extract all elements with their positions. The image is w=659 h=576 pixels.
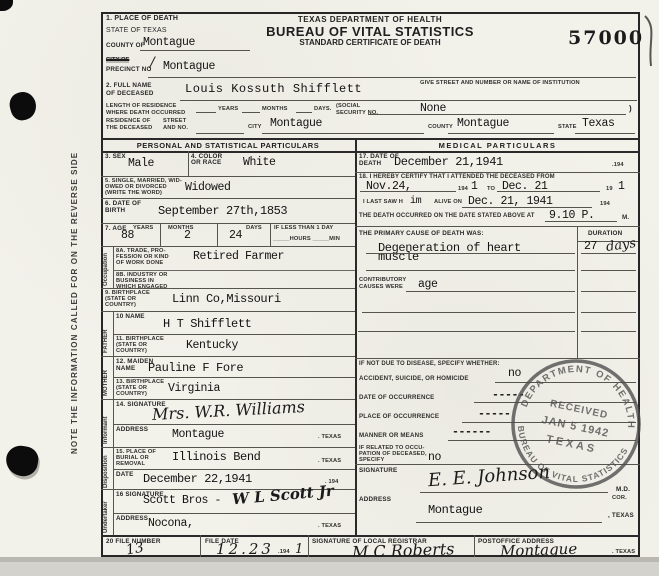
undertaker-addr-label: ADDRESS: [116, 515, 148, 522]
length-residence-label-1: LENGTH OF RESIDENCE: [106, 103, 176, 109]
related-value: no: [428, 451, 441, 464]
mother-bp-value: Virginia: [168, 382, 220, 395]
county-value: Montague: [143, 36, 195, 49]
sex-value: Male: [128, 157, 154, 170]
city-label: CITY: [248, 124, 262, 130]
attended-from-year: 1: [471, 180, 478, 193]
burial-label-3: REMOVAL: [116, 461, 145, 467]
manner-label: MANNER OR MEANS: [359, 432, 423, 439]
maiden-value: Pauline F Fore: [148, 361, 243, 375]
undertaker-side-label: Undertaker: [103, 493, 109, 533]
postoffice-state: . TEXAS: [612, 549, 635, 555]
street-label-1: STREET: [163, 118, 186, 124]
reverse-side-note: NOTE THE INFORMATION CALLED FOR ON THE R…: [70, 138, 79, 468]
stamp-arc-top: DEPARTMENT OF HEALTH: [519, 353, 647, 432]
full-name-label-1: 2. FULL NAME: [106, 82, 152, 89]
birthplace-value: Linn Co,Missouri: [172, 292, 281, 306]
undertaker-addr-state: . TEXAS: [318, 523, 341, 529]
rule: [101, 356, 355, 357]
attended-to-year: 1: [618, 180, 625, 193]
place-of-death-label: 1. PLACE OF DEATH: [106, 15, 178, 22]
full-name-label-2: OF DECEASED: [106, 90, 154, 97]
primary-cause-label: THE PRIMARY CAUSE OF DEATH WAS:: [359, 230, 484, 237]
file-date-year: 1: [295, 542, 303, 557]
rule: [101, 447, 355, 448]
residence-label-2: THE DECEASED: [106, 125, 152, 131]
rule: [196, 112, 216, 113]
city-value: Montague: [270, 117, 322, 130]
received-stamp: DEPARTMENT OF HEALTH BUREAU OF VITAL STA…: [488, 336, 659, 512]
social-label-2: SECURITY NO.: [336, 110, 378, 116]
age-days-value: 24: [229, 229, 242, 242]
rule: [140, 50, 250, 51]
last-saw-him: im: [410, 196, 421, 207]
duration-divider: [577, 226, 578, 358]
rule: [406, 291, 575, 292]
close-paren: ): [629, 104, 632, 113]
last-saw-label-2: ALIVE ON: [434, 199, 462, 205]
father-name-value: H T Shifflett: [163, 317, 251, 331]
masthead-bureau: BUREAU OF VITAL STATISTICS: [230, 24, 510, 39]
rule: [581, 270, 636, 271]
rule: [581, 331, 636, 332]
rule: [462, 207, 592, 208]
maiden-label-2: NAME: [116, 365, 135, 372]
age-less-label: IF LESS THAN 1 DAY: [274, 225, 333, 231]
rule: [242, 112, 260, 113]
rule: [545, 221, 617, 222]
dob-value: September 27th,1853: [158, 204, 287, 218]
last-saw-label-1: I LAST SAW H: [363, 199, 403, 205]
duration-value: 27: [584, 240, 597, 253]
mother-side-label: MOTHER: [103, 360, 109, 396]
informant-addr-state: . TEXAS: [318, 434, 341, 440]
rule: [113, 377, 355, 378]
rule: [448, 133, 554, 134]
rule: [262, 133, 424, 134]
personal-section-title: PERSONAL AND STATISTICAL PARTICULARS: [101, 141, 355, 150]
medical-section-title: MEDICAL PARTICULARS: [355, 141, 640, 150]
occupation-side-label: Occupation: [103, 250, 109, 286]
street-note: GIVE STREET AND NUMBER OR NAME OF INSTIT…: [420, 80, 580, 86]
rule: [101, 246, 355, 247]
physician-sig-label: SIGNATURE: [359, 467, 397, 474]
dob-label-1: 6. DATE OF: [105, 200, 141, 207]
rule: [296, 112, 312, 113]
file-date-year-pre: .194: [278, 549, 290, 555]
undertaker-addr-value: Nocona,: [148, 517, 194, 530]
rule: [101, 399, 355, 400]
informant-addr-value: Montague: [172, 428, 224, 441]
months-label: MONTHS: [262, 106, 288, 112]
rule: [196, 133, 244, 134]
rule: [101, 198, 355, 199]
rule: [113, 489, 114, 535]
rule: [575, 133, 635, 134]
informant-addr-label: ADDRESS: [116, 426, 148, 433]
residence-state-label: STATE: [558, 124, 577, 130]
rule: [113, 424, 355, 425]
burial-date-label: DATE: [116, 471, 133, 478]
occurred-label: THE DEATH OCCURRED ON THE DATE STATED AB…: [359, 213, 535, 219]
manner-value: ------: [452, 426, 491, 439]
masthead-standard: STANDARD CERTIFICATE OF DEATH: [250, 38, 490, 47]
rule: [358, 331, 575, 332]
to-label: TO: [487, 186, 495, 192]
rule: [160, 223, 161, 246]
street-label-2: AND NO.: [163, 125, 188, 131]
rule: [200, 535, 201, 557]
attended-to-year-pre: 19: [606, 186, 613, 192]
dod-year: .194: [612, 162, 624, 168]
rule: [360, 191, 456, 192]
social-label-1: (SOCIAL: [336, 103, 360, 109]
age-years-label: YEARS: [133, 225, 153, 231]
serial-number: 57000: [568, 27, 644, 49]
rule: [270, 223, 271, 246]
rule: [113, 246, 114, 288]
rule: [368, 114, 626, 115]
precinct-label: PRECINCT NO: [106, 66, 152, 73]
dod-label-1: 17. DATE OF: [359, 153, 399, 160]
contrib-label-2: CAUSES WERE: [359, 284, 403, 290]
rule: [355, 172, 640, 173]
county-label: COUNTY OF: [106, 42, 145, 49]
dod-label-2: DEATH: [359, 160, 381, 167]
rule: [362, 312, 575, 313]
burial-value: Illinois Bend: [172, 450, 260, 464]
place-occ-label: PLACE OF OCCURRENCE: [359, 413, 439, 420]
father-side-label: FATHER: [103, 315, 109, 353]
dod-value: December 21,1941: [394, 155, 503, 169]
burial-state: . TEXAS: [318, 458, 341, 464]
city-of-label-struck: CITY OF: [106, 57, 129, 63]
burial-date-value: December 22,1941: [143, 472, 252, 486]
contrib-label-1: CONTRIBUTORY: [359, 277, 406, 283]
svg-text:DEPARTMENT OF HEALTH: DEPARTMENT OF HEALTH: [519, 353, 647, 432]
informant-side-label: Informant: [103, 404, 109, 444]
column-divider: [355, 138, 357, 535]
rule: [366, 270, 575, 271]
father-name-label: 10 NAME: [116, 313, 145, 320]
rule: [474, 535, 475, 557]
scanned-death-certificate: NOTE THE INFORMATION CALLED FOR ON THE R…: [0, 0, 659, 576]
duration-label: DURATION: [588, 230, 622, 237]
rule: [217, 223, 218, 246]
residence-county-label: COUNTY: [428, 124, 453, 130]
physician-addr-label: ADDRESS: [359, 496, 391, 503]
rule: [113, 513, 355, 514]
age-days-label: DAYS: [246, 225, 262, 231]
race-value: White: [243, 156, 276, 169]
rule: [581, 291, 636, 292]
rule: [355, 226, 640, 227]
age-hours-min-label: _____HOURS _____MIN: [273, 236, 340, 242]
rule: [113, 447, 114, 489]
mother-bp-label-3: COUNTRY): [116, 391, 147, 397]
rule: [101, 288, 355, 289]
disposition-side-label: Disposition: [103, 450, 109, 488]
age-years-value: 88: [121, 229, 134, 242]
scan-edge-bottom: [0, 562, 659, 576]
precinct-value: Montague: [163, 60, 215, 73]
age-months-value: 2: [184, 229, 191, 242]
father-bp-value: Kentucky: [186, 339, 238, 352]
rule: [581, 253, 636, 254]
marital-label-3: (WRITE THE WORD): [105, 190, 162, 196]
attended-from-year-pre: 194: [458, 186, 468, 192]
accident-label: ACCIDENT, SUICIDE, OR HOMICIDE: [359, 375, 469, 382]
trade-value: Retired Farmer: [193, 250, 284, 263]
rule: [497, 191, 600, 192]
years-label: YEARS: [218, 106, 238, 112]
rule: [366, 253, 575, 254]
dob-label-2: BIRTH: [105, 207, 125, 214]
trade-label-3: OF WORK DONE: [116, 260, 163, 266]
precinct-slash-handwritten: /: [150, 55, 155, 71]
sex-label: 3. SEX: [105, 153, 126, 160]
full-name-value: Louis Kossuth Shifflett: [185, 82, 362, 96]
stamp-texas: TEXAS: [545, 433, 598, 455]
residence-county-value: Montague: [457, 117, 509, 130]
marital-value: Widowed: [185, 181, 231, 194]
rule: [581, 312, 636, 313]
contrib-value: age: [418, 278, 438, 291]
rule: [113, 334, 355, 335]
rule: [101, 535, 640, 537]
father-bp-label-3: COUNTRY): [116, 348, 147, 354]
days-label: DAYS.: [314, 106, 332, 112]
rule: [113, 399, 114, 447]
undertaker-typed: Scott Bros -: [143, 494, 221, 507]
length-residence-label-2: WHERE DEATH OCCURRED: [106, 110, 185, 116]
masthead-dept: TEXAS DEPARTMENT OF HEALTH: [250, 15, 490, 24]
physician-addr-value: Montague: [428, 503, 482, 517]
not-disease-label: IF NOT DUE TO DISEASE, SPECIFY WHETHER:: [359, 361, 500, 367]
rule: [101, 138, 640, 140]
related-label-3: SPECIFY: [359, 457, 384, 463]
occurred-m: M.: [622, 214, 629, 221]
rule: [188, 151, 189, 176]
race-label-2: OR RACE: [191, 159, 221, 166]
file-date-value: 12.23: [216, 540, 274, 558]
rule: [101, 311, 355, 312]
date-occ-label: DATE OF OCCURRENCE: [359, 394, 434, 401]
last-saw-year: 194: [600, 201, 610, 207]
file-number-value: 13: [125, 540, 145, 559]
rule: [416, 522, 602, 523]
rule: [101, 176, 355, 177]
physician-addr-state: , TEXAS: [608, 512, 634, 519]
residence-state-value: Texas: [582, 117, 615, 130]
residence-label-1: RESIDENCE OF: [106, 118, 150, 124]
rule: [148, 77, 636, 78]
birthplace-label-3: COUNTRY): [105, 302, 136, 308]
rule: [113, 270, 355, 271]
rule: [101, 223, 355, 224]
rule: [180, 100, 637, 101]
rule: [113, 469, 355, 470]
rule: [308, 535, 309, 557]
state-of-texas-label: STATE OF TEXAS: [106, 27, 167, 34]
